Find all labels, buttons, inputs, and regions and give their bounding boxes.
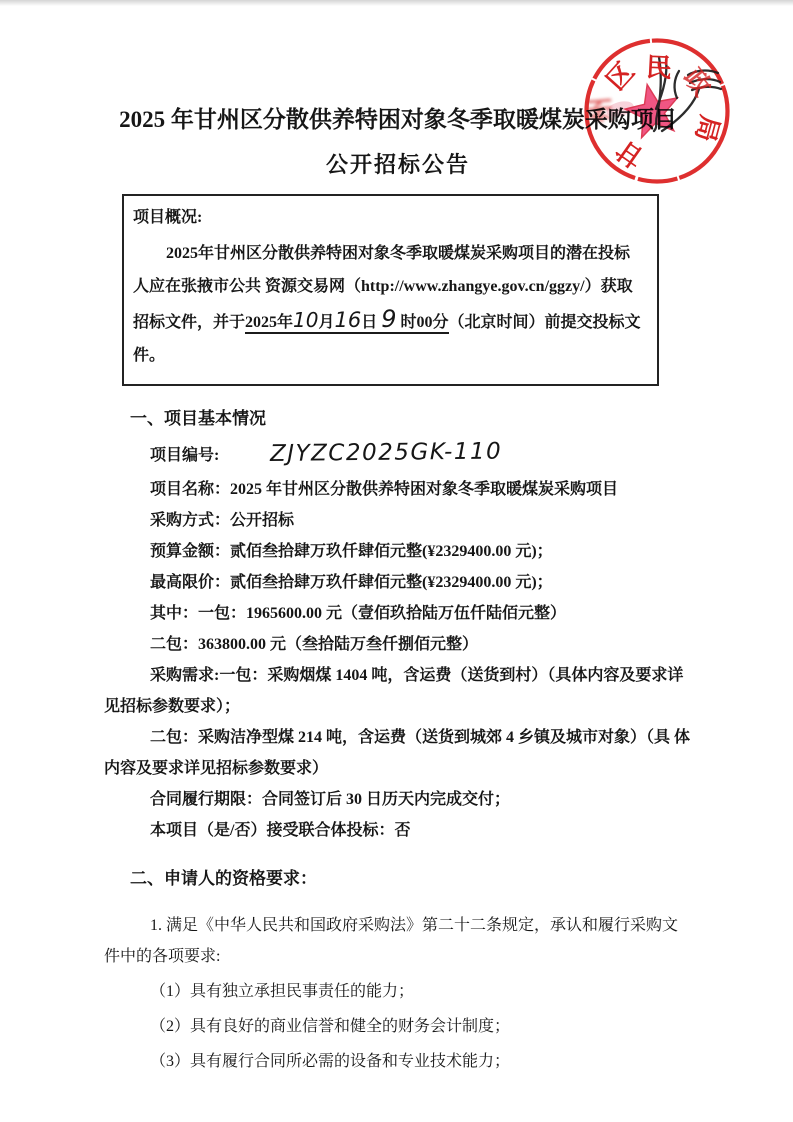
handwritten-month: 10 (293, 308, 318, 332)
consortium-bid-line: 本项目（是/否）接受联合体投标：否 (104, 815, 692, 846)
overview-paragraph: 2025年甘州区分散供养特困对象冬季取暖煤炭采购项目的潜在投标人应在张掖市公共 … (133, 237, 643, 372)
qualification-item-2: （2）具有良好的商业信誉和健全的财务会计制度； (104, 1011, 692, 1042)
project-overview-box: 项目概况: 2025年甘州区分散供养特困对象冬季取暖煤炭采购项目的潜在投标人应在… (122, 194, 659, 386)
qualification-intro: 1. 满足《中华人民共和国政府采购法》第二十二条规定，承认和履行采购文件中的各项… (104, 910, 692, 972)
procurement-method-line: 采购方式：公开招标 (104, 505, 692, 536)
project-number-line: 项目编号:ZJYZC2025GK-110 (104, 435, 692, 474)
section2-heading: 二、申请人的资格要求： (104, 863, 692, 895)
seal-char: 局 (688, 112, 730, 147)
package2-amount-line: 二包：363800.00 元（叁拾陆万叁仟捌佰元整） (104, 629, 692, 660)
deadline-year: 2025年 (245, 314, 293, 331)
handwritten-day: 16 (335, 308, 362, 332)
qualification-item-1: （1）具有独立承担民事责任的能力； (104, 976, 692, 1007)
qualification-item-3: （3）具有履行合同所必需的设备和专业技术能力； (104, 1046, 692, 1077)
project-number-value-handwritten: ZJYZC2025GK-110 (224, 434, 503, 474)
overview-label: 项目概况: (133, 206, 643, 230)
minute-part: 时00分 (401, 314, 449, 331)
handwritten-hour: 9 (381, 305, 396, 333)
bid-deadline-date: 2025年10月16日 9 时00分 (245, 314, 449, 334)
scanned-document-page: 2025 年甘州区分散供养特困对象冬季取暖煤炭采购项目 公开招标公告 项目概况:… (0, 0, 793, 1122)
procurement-demand-pkg2: 二包：采购洁净型煤 214 吨，含运费（送货到城郊 4 乡镇及城市对象）（具 体… (104, 722, 692, 784)
contract-period-line: 合同履行期限：合同签订后 30 日历天内完成交付； (104, 784, 692, 815)
max-price-line: 最高限价：贰佰叁拾肆万玖仟肆佰元整(¥2329400.00 元)； (104, 567, 692, 598)
document-title-line2: 公开招标公告 (104, 150, 692, 180)
package1-amount-line: 其中：一包：1965600.00 元（壹佰玖拾陆万伍仟陆佰元整） (104, 598, 692, 629)
budget-amount-line: 预算金额：贰佰叁拾肆万玖仟肆佰元整(¥2329400.00 元)； (104, 536, 692, 567)
section1-heading: 一、项目基本情况 (104, 403, 692, 435)
project-name-line: 项目名称：2025 年甘州区分散供养特困对象冬季取暖煤炭采购项目 (104, 474, 692, 505)
document-content: 2025 年甘州区分散供养特困对象冬季取暖煤炭采购项目 公开招标公告 项目概况:… (104, 0, 692, 1077)
procurement-demand-pkg1: 采购需求:一包：采购烟煤 1404 吨，含运费（送货到村）（具体内容及要求详见招… (104, 660, 692, 722)
document-title-line1: 2025 年甘州区分散供养特困对象冬季取暖煤炭采购项目 (104, 104, 692, 136)
project-number-label: 项目编号: (150, 447, 219, 464)
month-unit: 月 (318, 314, 334, 331)
day-unit: 日 (361, 314, 377, 331)
